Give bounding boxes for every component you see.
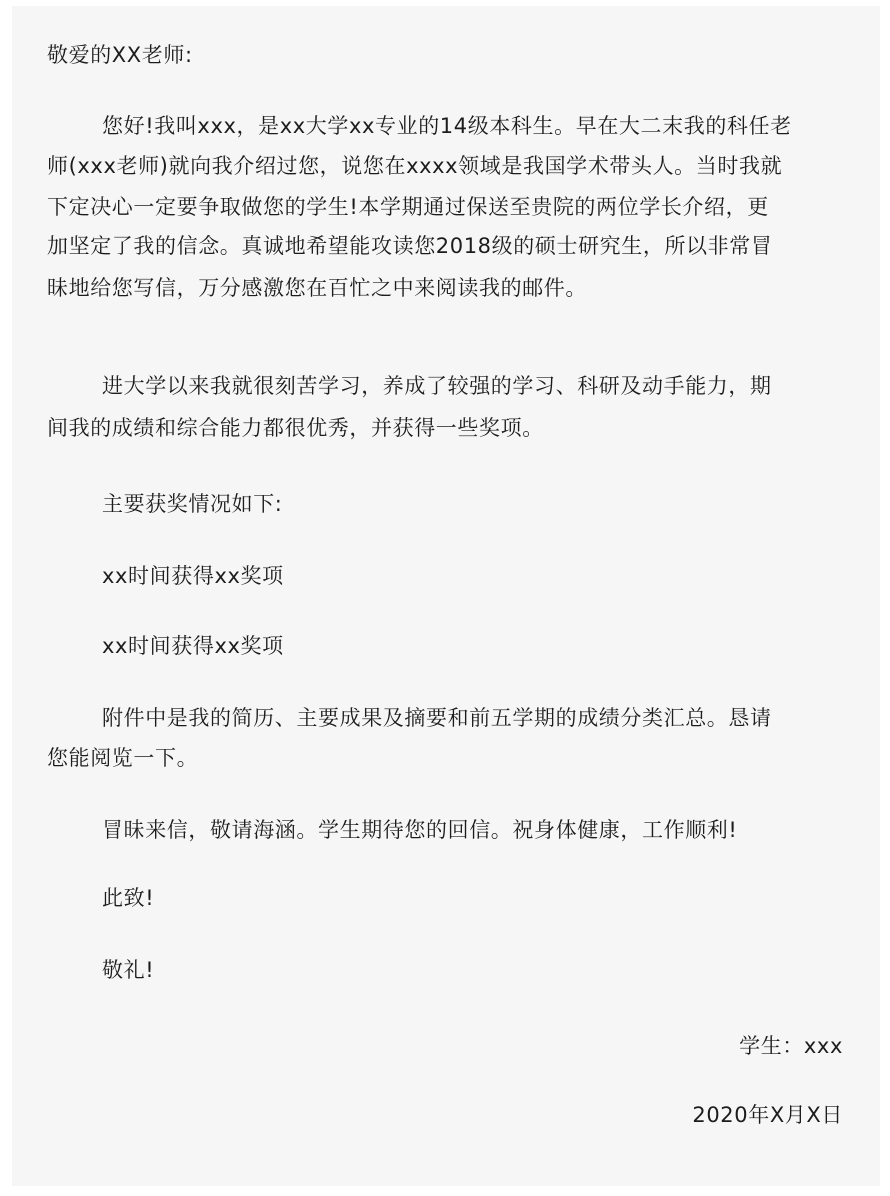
attachment-line-1: 附件中是我的简历、主要成果及摘要和前五学期的成绩分类汇总。恳请	[102, 704, 772, 732]
paragraph-1-line-3: 下定决心一定要争取做您的学生!本学期通过保送至贵院的两位学长介绍，更	[47, 193, 769, 221]
paragraph-1-line-2: 师(xxx老师)就向我介绍过您，说您在xxxx领域是我国学术带头人。当时我就	[47, 152, 782, 180]
paragraph-1-line-1: 您好!我叫xxx，是xx大学xx专业的14级本科生。早在大二末我的科任老	[102, 112, 792, 140]
closing-ci-zhi: 此致!	[102, 884, 154, 912]
letter-page	[12, 6, 880, 1186]
award-item-2: xx时间获得xx奖项	[102, 632, 284, 660]
paragraph-1-line-5: 昧地给您写信，万分感激您在百忙之中来阅读我的邮件。	[47, 274, 587, 302]
awards-heading: 主要获奖情况如下:	[102, 490, 282, 518]
paragraph-1-line-4: 加坚定了我的信念。真诚地希望能攻读您2018级的硕士研究生，所以非常冒	[47, 232, 772, 260]
salutation: 敬爱的XX老师:	[47, 41, 193, 69]
signature: 学生：xxx	[739, 1032, 843, 1060]
award-item-1: xx时间获得xx奖项	[102, 562, 284, 590]
closing-jing-li: 敬礼!	[102, 956, 154, 984]
paragraph-2-line-1: 进大学以来我就很刻苦学习，养成了较强的学习、科研及动手能力，期	[102, 372, 772, 400]
paragraph-2-line-2: 间我的成绩和综合能力都很优秀，并获得一些奖项。	[47, 414, 544, 442]
closing-wish: 冒昧来信，敬请海涵。学生期待您的回信。祝身体健康，工作顺利!	[102, 816, 737, 844]
attachment-line-2: 您能阅览一下。	[47, 744, 198, 772]
date: 2020年X月X日	[692, 1101, 843, 1129]
